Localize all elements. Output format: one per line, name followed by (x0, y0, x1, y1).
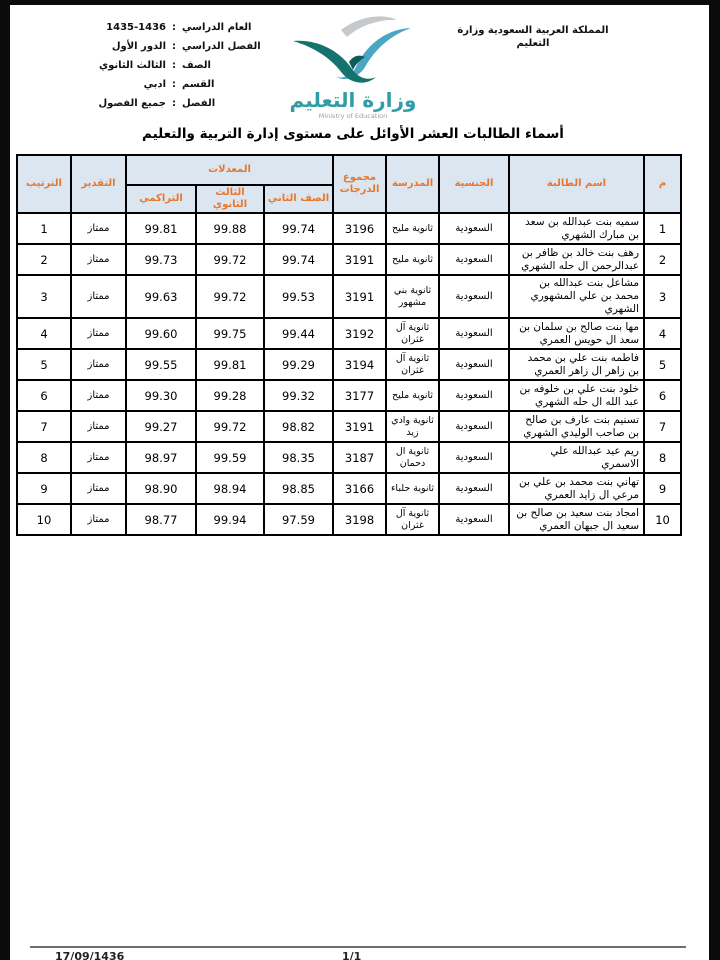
cell-cumulative-avg: 99.81 (126, 213, 196, 244)
table-row: 8 ريم عيد عبدالله علي الاسمري السعودية ث… (17, 442, 681, 473)
colon-separator: : (166, 79, 182, 90)
cell-total-marks: 3198 (333, 504, 386, 535)
cell-cumulative-avg: 98.90 (126, 473, 196, 504)
cell-total-marks: 3194 (333, 349, 386, 380)
cell-school: ثانوية مليح (386, 244, 439, 275)
info-line-section: ادبي : القسم (70, 79, 262, 98)
cell-second-grade-avg: 98.35 (264, 442, 333, 473)
cell-rank: 9 (17, 473, 71, 504)
cell-total-marks: 3191 (333, 244, 386, 275)
col-header-averages-group: المعدلات (126, 155, 333, 185)
cell-school: ثانوية مليح (386, 213, 439, 244)
table-row: 10 امجاد بنت سعيد بن صالح بن سعيد ال جبه… (17, 504, 681, 535)
cell-third-grade-avg: 99.72 (196, 244, 264, 275)
cell-student-name: ريم عيد عبدالله علي الاسمري (509, 442, 644, 473)
cell-num: 8 (644, 442, 681, 473)
cell-school: ثانوية ال دحمان (386, 442, 439, 473)
col-header-total-marks: مجموع الدرجات (333, 155, 386, 213)
cell-cumulative-avg: 99.27 (126, 411, 196, 442)
cell-second-grade-avg: 99.32 (264, 380, 333, 411)
cell-nationality: السعودية (439, 275, 509, 318)
cell-nationality: السعودية (439, 380, 509, 411)
table-row: 1 سميه بنت عبدالله بن سعد بن مبارك الشهر… (17, 213, 681, 244)
cell-nationality: السعودية (439, 349, 509, 380)
kingdom-heading-line2: التعليم (448, 37, 618, 50)
col-header-evaluation: التقدير (71, 155, 126, 213)
cell-third-grade-avg: 99.72 (196, 411, 264, 442)
section-value: ادبي (70, 79, 166, 90)
colon-separator: : (166, 22, 182, 33)
scan-frame-top (0, 0, 720, 5)
report-page: 1435-1436 : العام الدراسي الدور الأول : … (0, 0, 720, 960)
cell-student-name: سميه بنت عبدالله بن سعد بن مبارك الشهري (509, 213, 644, 244)
cell-student-name: تهاني بنت محمد بن علي بن مرعي ال زايد ال… (509, 473, 644, 504)
cell-rank: 2 (17, 244, 71, 275)
section-label: القسم (182, 79, 262, 90)
kingdom-heading-line1: المملكة العربية السعودية وزارة (448, 24, 618, 37)
info-line-semester: الدور الأول : الفصل الدراسي (70, 41, 262, 60)
cell-total-marks: 3177 (333, 380, 386, 411)
cell-nationality: السعودية (439, 504, 509, 535)
cell-third-grade-avg: 99.59 (196, 442, 264, 473)
col-header-nationality: الجنسية (439, 155, 509, 213)
cell-evaluation: ممتاز (71, 275, 126, 318)
page-title: أسماء الطالبات العشر الأوائل على مستوى إ… (16, 126, 690, 142)
cell-evaluation: ممتاز (71, 504, 126, 535)
table-row: 7 تسنيم بنت عارف بن صالح بن صاحب الوليدي… (17, 411, 681, 442)
cell-student-name: فاطمه بنت علي بن محمد بن زاهر ال زاهر ال… (509, 349, 644, 380)
table-row: 9 تهاني بنت محمد بن علي بن مرعي ال زايد … (17, 473, 681, 504)
cell-evaluation: ممتاز (71, 473, 126, 504)
cell-num: 1 (644, 213, 681, 244)
cell-cumulative-avg: 99.63 (126, 275, 196, 318)
table-row: 5 فاطمه بنت علي بن محمد بن زاهر ال زاهر … (17, 349, 681, 380)
cell-evaluation: ممتاز (71, 318, 126, 349)
cell-student-name: رهف بنت خالد بن ظافر بن عبدالرحمن ال حله… (509, 244, 644, 275)
cell-third-grade-avg: 99.72 (196, 275, 264, 318)
cell-cumulative-avg: 99.73 (126, 244, 196, 275)
cell-second-grade-avg: 99.29 (264, 349, 333, 380)
cell-evaluation: ممتاز (71, 411, 126, 442)
cell-nationality: السعودية (439, 244, 509, 275)
cell-num: 6 (644, 380, 681, 411)
col-header-school: المدرسة (386, 155, 439, 213)
colon-separator: : (166, 41, 182, 52)
cell-school: ثانوية آل غثران (386, 318, 439, 349)
semester-label: الفصل الدراسي (182, 41, 262, 52)
colon-separator: : (166, 98, 182, 109)
results-table-body: 1 سميه بنت عبدالله بن سعد بن مبارك الشهر… (17, 213, 681, 535)
kingdom-heading: المملكة العربية السعودية وزارة التعليم (448, 24, 618, 50)
cell-rank: 3 (17, 275, 71, 318)
cell-cumulative-avg: 99.60 (126, 318, 196, 349)
col-header-cumulative-avg: التراكمي (126, 185, 196, 213)
col-header-student-name: اسم الطالبة (509, 155, 644, 213)
cell-cumulative-avg: 99.30 (126, 380, 196, 411)
academic-year-label: العام الدراسي (182, 22, 262, 33)
cell-second-grade-avg: 99.53 (264, 275, 333, 318)
ministry-of-education-logo: وزارة التعليم Ministry of Education (283, 12, 423, 126)
info-line-year: 1435-1436 : العام الدراسي (70, 22, 262, 41)
cell-second-grade-avg: 98.85 (264, 473, 333, 504)
logo-wordmark: وزارة التعليم (290, 88, 417, 112)
scan-frame-right (709, 0, 720, 960)
col-header-num: م (644, 155, 681, 213)
cell-total-marks: 3192 (333, 318, 386, 349)
cell-evaluation: ممتاز (71, 349, 126, 380)
class-value: جميع الفصول (70, 98, 166, 109)
table-row: 3 مشاعل بنت عبدالله بن محمد بن علي المشه… (17, 275, 681, 318)
table-row: 4 مها بنت صالح بن سلمان بن سعد ال حويس ا… (17, 318, 681, 349)
cell-third-grade-avg: 99.75 (196, 318, 264, 349)
footer-page-indicator: 1/1 (342, 950, 361, 960)
col-header-second-grade-avg: الصف الثاني (264, 185, 333, 213)
cell-num: 4 (644, 318, 681, 349)
info-line-grade: الثالث الثانوي : الصف (70, 60, 262, 79)
cell-third-grade-avg: 99.28 (196, 380, 264, 411)
info-line-class: جميع الفصول : الفصل (70, 98, 262, 117)
table-row: 6 خلود بنت علي بن خلوفه بن عبد الله ال ح… (17, 380, 681, 411)
cell-total-marks: 3166 (333, 473, 386, 504)
cell-evaluation: ممتاز (71, 244, 126, 275)
academic-info-block: 1435-1436 : العام الدراسي الدور الأول : … (70, 22, 262, 117)
cell-school: ثانوية حلباء (386, 473, 439, 504)
cell-rank: 8 (17, 442, 71, 473)
cell-school: ثانوية مليح (386, 380, 439, 411)
cell-student-name: خلود بنت علي بن خلوفه بن عبد الله ال حله… (509, 380, 644, 411)
cell-total-marks: 3191 (333, 275, 386, 318)
ministry-logo-emblem-icon: وزارة التعليم Ministry of Education (283, 12, 423, 126)
cell-third-grade-avg: 99.81 (196, 349, 264, 380)
cell-num: 2 (644, 244, 681, 275)
cell-school: ثانوية آل غثران (386, 349, 439, 380)
cell-rank: 10 (17, 504, 71, 535)
cell-num: 5 (644, 349, 681, 380)
cell-nationality: السعودية (439, 318, 509, 349)
cell-third-grade-avg: 98.94 (196, 473, 264, 504)
cell-second-grade-avg: 98.82 (264, 411, 333, 442)
cell-rank: 4 (17, 318, 71, 349)
cell-total-marks: 3196 (333, 213, 386, 244)
cell-num: 3 (644, 275, 681, 318)
cell-school: ثانوية وادي زيد (386, 411, 439, 442)
cell-num: 7 (644, 411, 681, 442)
cell-student-name: مها بنت صالح بن سلمان بن سعد ال حويس الع… (509, 318, 644, 349)
cell-school: ثانوية آل غثران (386, 504, 439, 535)
table-row: 2 رهف بنت خالد بن ظافر بن عبدالرحمن ال ح… (17, 244, 681, 275)
grade-label: الصف (182, 60, 262, 71)
cell-second-grade-avg: 97.59 (264, 504, 333, 535)
cell-third-grade-avg: 99.88 (196, 213, 264, 244)
cell-rank: 5 (17, 349, 71, 380)
cell-rank: 7 (17, 411, 71, 442)
cell-nationality: السعودية (439, 473, 509, 504)
table-header: م اسم الطالبة الجنسية المدرسة مجموع الدر… (17, 155, 681, 213)
cell-student-name: تسنيم بنت عارف بن صالح بن صاحب الوليدي ا… (509, 411, 644, 442)
colon-separator: : (166, 60, 182, 71)
cell-third-grade-avg: 99.94 (196, 504, 264, 535)
cell-student-name: امجاد بنت سعيد بن صالح بن سعيد ال جبهان … (509, 504, 644, 535)
top-students-table: م اسم الطالبة الجنسية المدرسة مجموع الدر… (16, 154, 682, 536)
scan-frame-left (0, 0, 10, 960)
cell-nationality: السعودية (439, 411, 509, 442)
cell-rank: 1 (17, 213, 71, 244)
col-header-rank: الترتيب (17, 155, 71, 213)
logo-subtitle: Ministry of Education (319, 112, 388, 120)
cell-evaluation: ممتاز (71, 213, 126, 244)
cell-nationality: السعودية (439, 442, 509, 473)
cell-rank: 6 (17, 380, 71, 411)
cell-cumulative-avg: 99.55 (126, 349, 196, 380)
grade-value: الثالث الثانوي (70, 60, 166, 71)
cell-second-grade-avg: 99.74 (264, 213, 333, 244)
class-label: الفصل (182, 98, 262, 109)
cell-total-marks: 3187 (333, 442, 386, 473)
cell-num: 9 (644, 473, 681, 504)
cell-school: ثانوية بني مشهور (386, 275, 439, 318)
col-header-third-grade-avg: الثالث الثانوي (196, 185, 264, 213)
footer-date: 17/09/1436 (55, 950, 124, 960)
cell-cumulative-avg: 98.97 (126, 442, 196, 473)
cell-nationality: السعودية (439, 213, 509, 244)
cell-second-grade-avg: 99.44 (264, 318, 333, 349)
semester-value: الدور الأول (70, 41, 166, 52)
cell-evaluation: ممتاز (71, 380, 126, 411)
cell-cumulative-avg: 98.77 (126, 504, 196, 535)
academic-year-value: 1435-1436 (70, 22, 166, 33)
footer-divider (30, 946, 686, 948)
cell-total-marks: 3191 (333, 411, 386, 442)
cell-student-name: مشاعل بنت عبدالله بن محمد بن علي المشهور… (509, 275, 644, 318)
cell-num: 10 (644, 504, 681, 535)
cell-evaluation: ممتاز (71, 442, 126, 473)
cell-second-grade-avg: 99.74 (264, 244, 333, 275)
